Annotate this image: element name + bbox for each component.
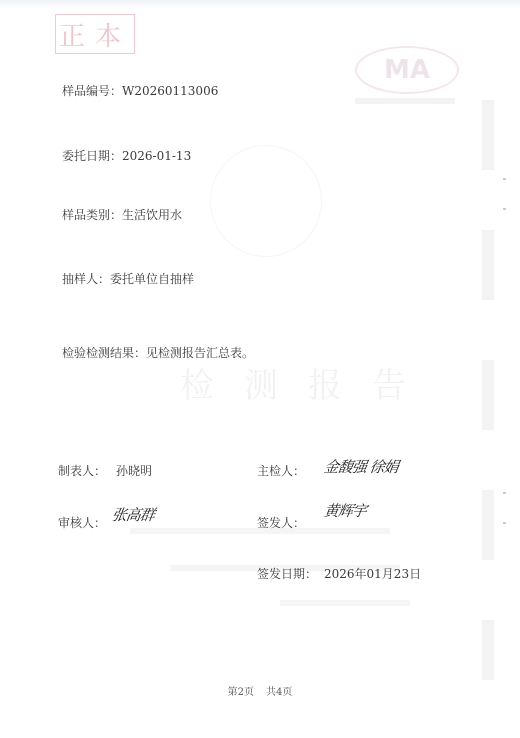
chief-inspector-signature: 金馥强 徐娟 (323, 456, 400, 477)
sample-category-value: 生活饮用水 (122, 208, 182, 222)
reviewer-signature: 张高群 (111, 504, 156, 525)
issue-date-label: 签发日期： (257, 565, 317, 582)
preparer-value: 孙晓明 (116, 462, 152, 479)
edge-dot (503, 522, 506, 524)
commission-date-field: 委托日期：2026-01-13 (62, 147, 191, 164)
total-pages: 共4页 (266, 687, 292, 698)
bleed-through-title: 检测报告 (180, 358, 436, 407)
sampler-value: 委托单位自抽样 (110, 272, 194, 286)
issue-date-value: 2026年01月23日 (324, 565, 421, 582)
copy-stamp: 正本 (55, 14, 135, 54)
result-value: 见检测报告汇总表。 (146, 346, 254, 360)
edge-dot (503, 208, 506, 210)
reviewer-label: 审核人： (58, 514, 106, 531)
sample-number-value: W20260113006 (122, 84, 218, 98)
issuer-label: 签发人： (257, 514, 305, 531)
sample-number-label: 样品编号： (62, 84, 122, 98)
logo-caption (355, 98, 455, 104)
cma-logo-mark: MA (355, 46, 459, 94)
preparer-label: 制表人： (58, 462, 106, 479)
scan-top-band (0, 0, 520, 8)
sample-number-field: 样品编号：W20260113006 (62, 82, 218, 99)
sample-category-field: 样品类别：生活饮用水 (62, 206, 182, 223)
sampler-field: 抽样人：委托单位自抽样 (62, 270, 194, 287)
sample-category-label: 样品类别： (62, 208, 122, 222)
sampler-label: 抽样人： (62, 272, 110, 286)
issuer-signature: 黄辉宇 (323, 500, 368, 521)
page-number: 第2页共4页 (0, 683, 520, 698)
faded-seal (210, 145, 322, 257)
commission-date-label: 委托日期： (62, 149, 122, 163)
chief-inspector-label: 主检人： (257, 462, 305, 479)
edge-dot (503, 492, 506, 494)
bleed-through-line (280, 600, 410, 606)
result-field: 检验检测结果：见检测报告汇总表。 (62, 344, 254, 361)
result-label: 检验检测结果： (62, 346, 146, 360)
commission-date-value: 2026-01-13 (122, 149, 191, 163)
edge-dot (503, 178, 506, 180)
current-page: 第2页 (228, 687, 254, 698)
page-edge-marks (482, 40, 494, 680)
